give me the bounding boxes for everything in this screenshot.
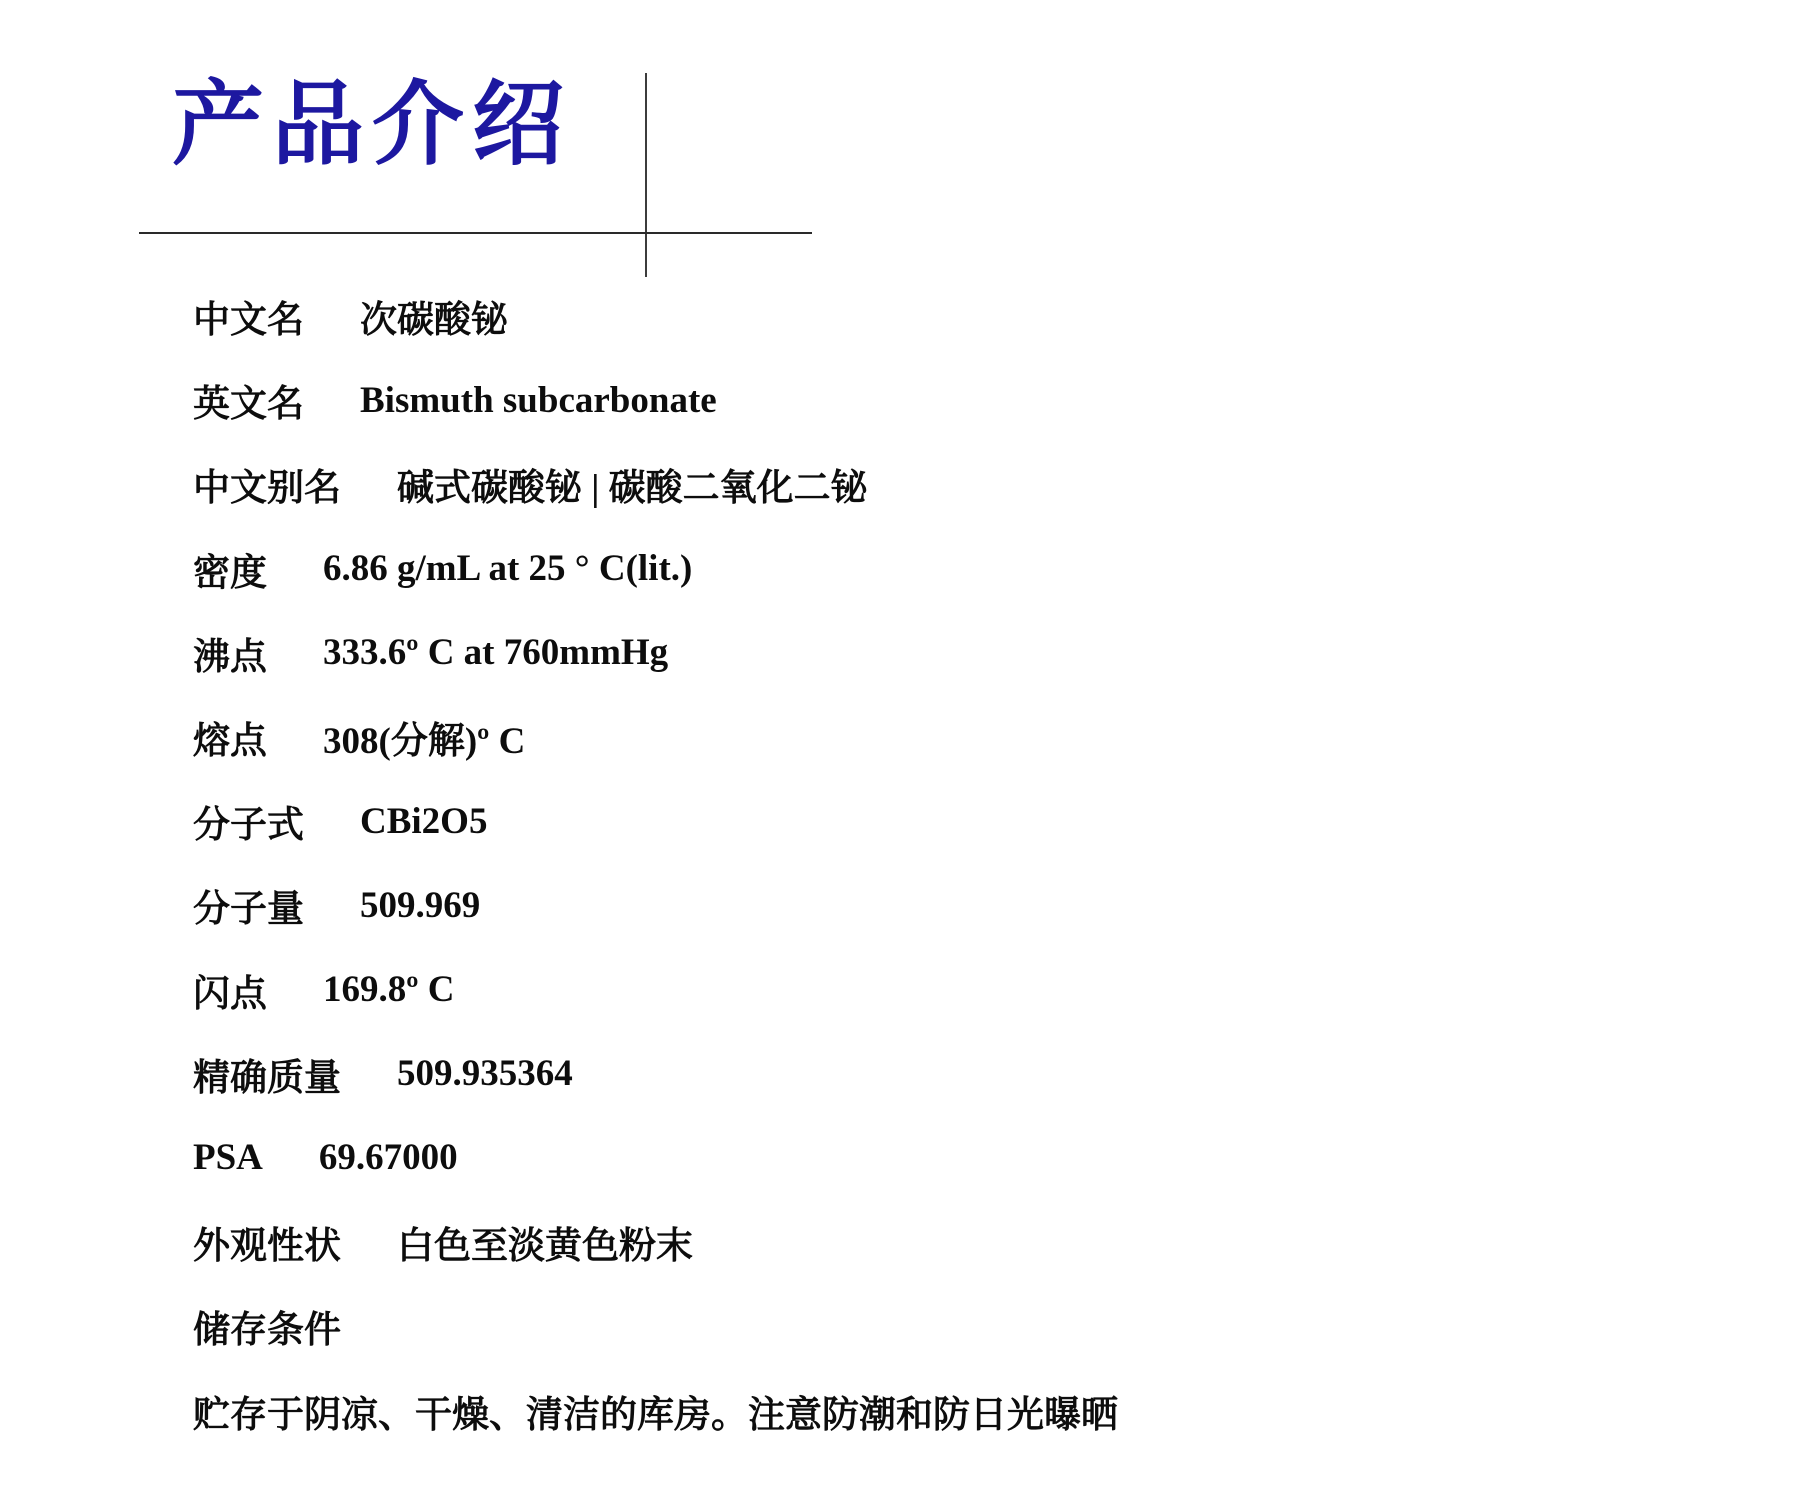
property-value: CBi2O5: [360, 800, 487, 843]
property-label: 储存条件: [193, 1299, 341, 1353]
property-row: 闪点 169.8º C: [193, 948, 1740, 1032]
property-label: 英文名: [193, 373, 304, 427]
property-value: 509.935364: [397, 1052, 573, 1095]
property-list: 中文名 次碳酸铋 英文名 Bismuth subcarbonate 中文别名 碱…: [193, 274, 1740, 1453]
property-row: 英文名 Bismuth subcarbonate: [193, 358, 1740, 442]
property-label: 精确质量: [193, 1047, 341, 1101]
property-label: 外观性状: [193, 1215, 341, 1269]
page-title: 产品介绍: [172, 62, 572, 186]
property-row: 精确质量 509.935364: [193, 1032, 1740, 1116]
property-value: 白色至淡黄色粉末: [397, 1215, 693, 1269]
property-label: 分子量: [193, 878, 304, 932]
property-row: PSA 69.67000: [193, 1116, 1740, 1200]
property-row: 密度 6.86 g/mL at 25 ° C(lit.): [193, 527, 1740, 611]
property-value: 6.86 g/mL at 25 ° C(lit.): [323, 547, 692, 590]
property-value: 308(分解)º C: [323, 710, 525, 764]
property-label: 闪点: [193, 963, 267, 1017]
property-row: 沸点 333.6º C at 760mmHg: [193, 611, 1740, 695]
property-value: 69.67000: [319, 1136, 458, 1179]
property-row: 中文别名 碱式碳酸铋 | 碳酸二氧化二铋: [193, 442, 1740, 526]
property-label: 密度: [193, 542, 267, 596]
title-horizontal-rule: [139, 232, 812, 234]
property-row: 储存条件: [193, 1284, 1740, 1368]
property-row: 贮存于阴凉、干燥、清洁的库房。注意防潮和防日光曝晒: [193, 1368, 1740, 1452]
property-row: 外观性状 白色至淡黄色粉末: [193, 1200, 1740, 1284]
property-row: 中文名 次碳酸铋: [193, 274, 1740, 358]
property-value: 碱式碳酸铋 | 碳酸二氧化二铋: [397, 457, 868, 511]
title-vertical-rule: [645, 73, 647, 277]
product-intro-page: 产品介绍 中文名 次碳酸铋 英文名 Bismuth subcarbonate 中…: [0, 0, 1800, 1500]
property-value: 169.8º C: [323, 968, 454, 1011]
property-value: 509.969: [360, 884, 480, 927]
property-label: 中文名: [193, 289, 304, 343]
property-value: Bismuth subcarbonate: [360, 379, 717, 422]
property-label: 熔点: [193, 710, 267, 764]
property-value: 次碳酸铋: [360, 289, 508, 343]
property-label: 分子式: [193, 794, 304, 848]
property-label: PSA: [193, 1136, 263, 1179]
property-row: 分子量 509.969: [193, 863, 1740, 947]
property-label: 贮存于阴凉、干燥、清洁的库房。注意防潮和防日光曝晒: [193, 1384, 1118, 1438]
property-value: 333.6º C at 760mmHg: [323, 631, 668, 674]
property-row: 熔点 308(分解)º C: [193, 695, 1740, 779]
property-label: 中文别名: [193, 457, 341, 511]
property-row: 分子式 CBi2O5: [193, 779, 1740, 863]
property-label: 沸点: [193, 626, 267, 680]
